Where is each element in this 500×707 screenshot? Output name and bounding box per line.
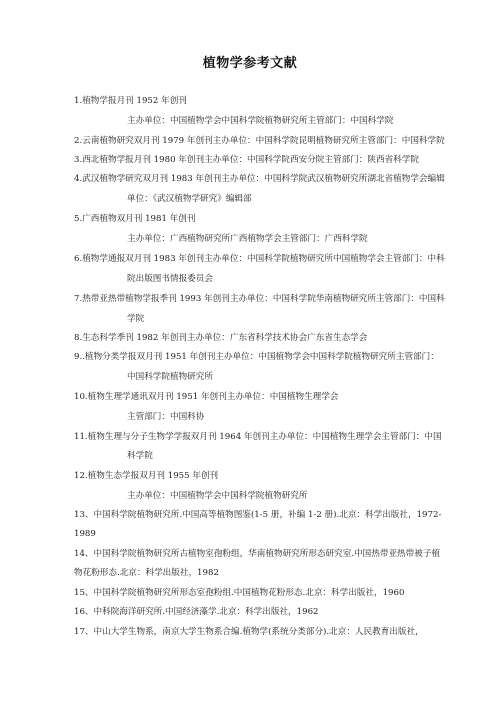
reference-line: 3.西北植物学报月刊 1980 年创刊主办单位：中国科学院西安分院主管部门：陕西… (74, 154, 419, 166)
reference-line: 16、中科院海洋研究所.中国经济藻学.北京：科学出版社，1962 (74, 606, 319, 618)
reference-line-continuation: 学院 (127, 313, 144, 325)
reference-line-continuation: 主管部门：中国科协 (127, 411, 204, 423)
reference-line-continuation: 主办单位：广西植物研究所广西植物学会主管部门：广西科学院 (127, 233, 368, 245)
reference-line: 15、中国科学院植物研究所形态室孢粉组.中国植物花粉形态.北京：科学出版社，19… (74, 587, 404, 599)
reference-line-continuation: 中国科学院植物研究所 (127, 371, 213, 383)
reference-line: 4.武汉植物学研究双月刊 1983 年创刊主办单位：中国科学院武汉植物研究所湖北… (74, 173, 445, 185)
reference-line: 10.植物生理学通讯双月刊 1951 年创刊主办单位：中国植物生理学会 (74, 391, 338, 403)
reference-line-continuation: 主办单位：中国植物学会中国科学院植物研究所主管部门：中国科学院 (127, 115, 393, 127)
reference-line: 8.生态科学季刊 1982 年创刊主办单位：广东省科学技术协会广东省生态学会 (74, 332, 367, 344)
reference-line: 9..植物分类学报双月刊 1951 年创刊主办单位：中国植物学会中国科学院植物研… (74, 351, 439, 363)
reference-line-continuation: 院出版图书情报委员会 (127, 273, 213, 285)
reference-line: 1.植物学报月刊 1952 年创刊 (74, 95, 187, 107)
document-title: 植物学参考文献 (0, 52, 500, 71)
reference-line: 5.广西植物双月刊 1981 年创刊 (74, 213, 195, 225)
reference-line: 1989 (74, 528, 96, 540)
reference-line: 2.云南植物研究双月刊 1979 年创刊主办单位：中国科学院昆明植物研究所主管部… (74, 135, 445, 147)
reference-line: 12.植物生态学报双月刊 1955 年创刊 (74, 470, 218, 482)
reference-line: 11.植物生理与分子生物学学报双月刊 1964 年创刊主办单位：中国植物生理学会… (74, 431, 442, 443)
reference-line: 14、中国科学院植物研究所古植物室孢粉组，华南植物研究所形态研究室.中国热带亚热… (74, 548, 440, 560)
reference-line: 物花粉形态.北京：科学出版社，1982 (74, 567, 219, 579)
reference-line: 17、中山大学生物系，南京大学生物系合编.植物学(系统分类部分).北京：人民教育… (74, 626, 424, 638)
reference-line-continuation: 主办单位：中国植物学会中国科学院植物研究所 (127, 490, 307, 502)
reference-line: 6.植物学通报双月刊 1983 年创刊主办单位：中国科学院植物研究所中国植物学会… (74, 253, 445, 265)
reference-line-continuation: 科学院 (127, 450, 153, 462)
reference-line-continuation: 单位：《武汉植物学研究》编辑部 (127, 193, 252, 205)
reference-line: 13、中国科学院植物研究所.中国高等植物图鉴(1-5 册，补编 1-2 册).北… (74, 509, 441, 521)
reference-line: 7.热带亚热带植物学报季刊 1993 年创刊主办单位：中国科学院华南植物研究所主… (74, 293, 445, 305)
